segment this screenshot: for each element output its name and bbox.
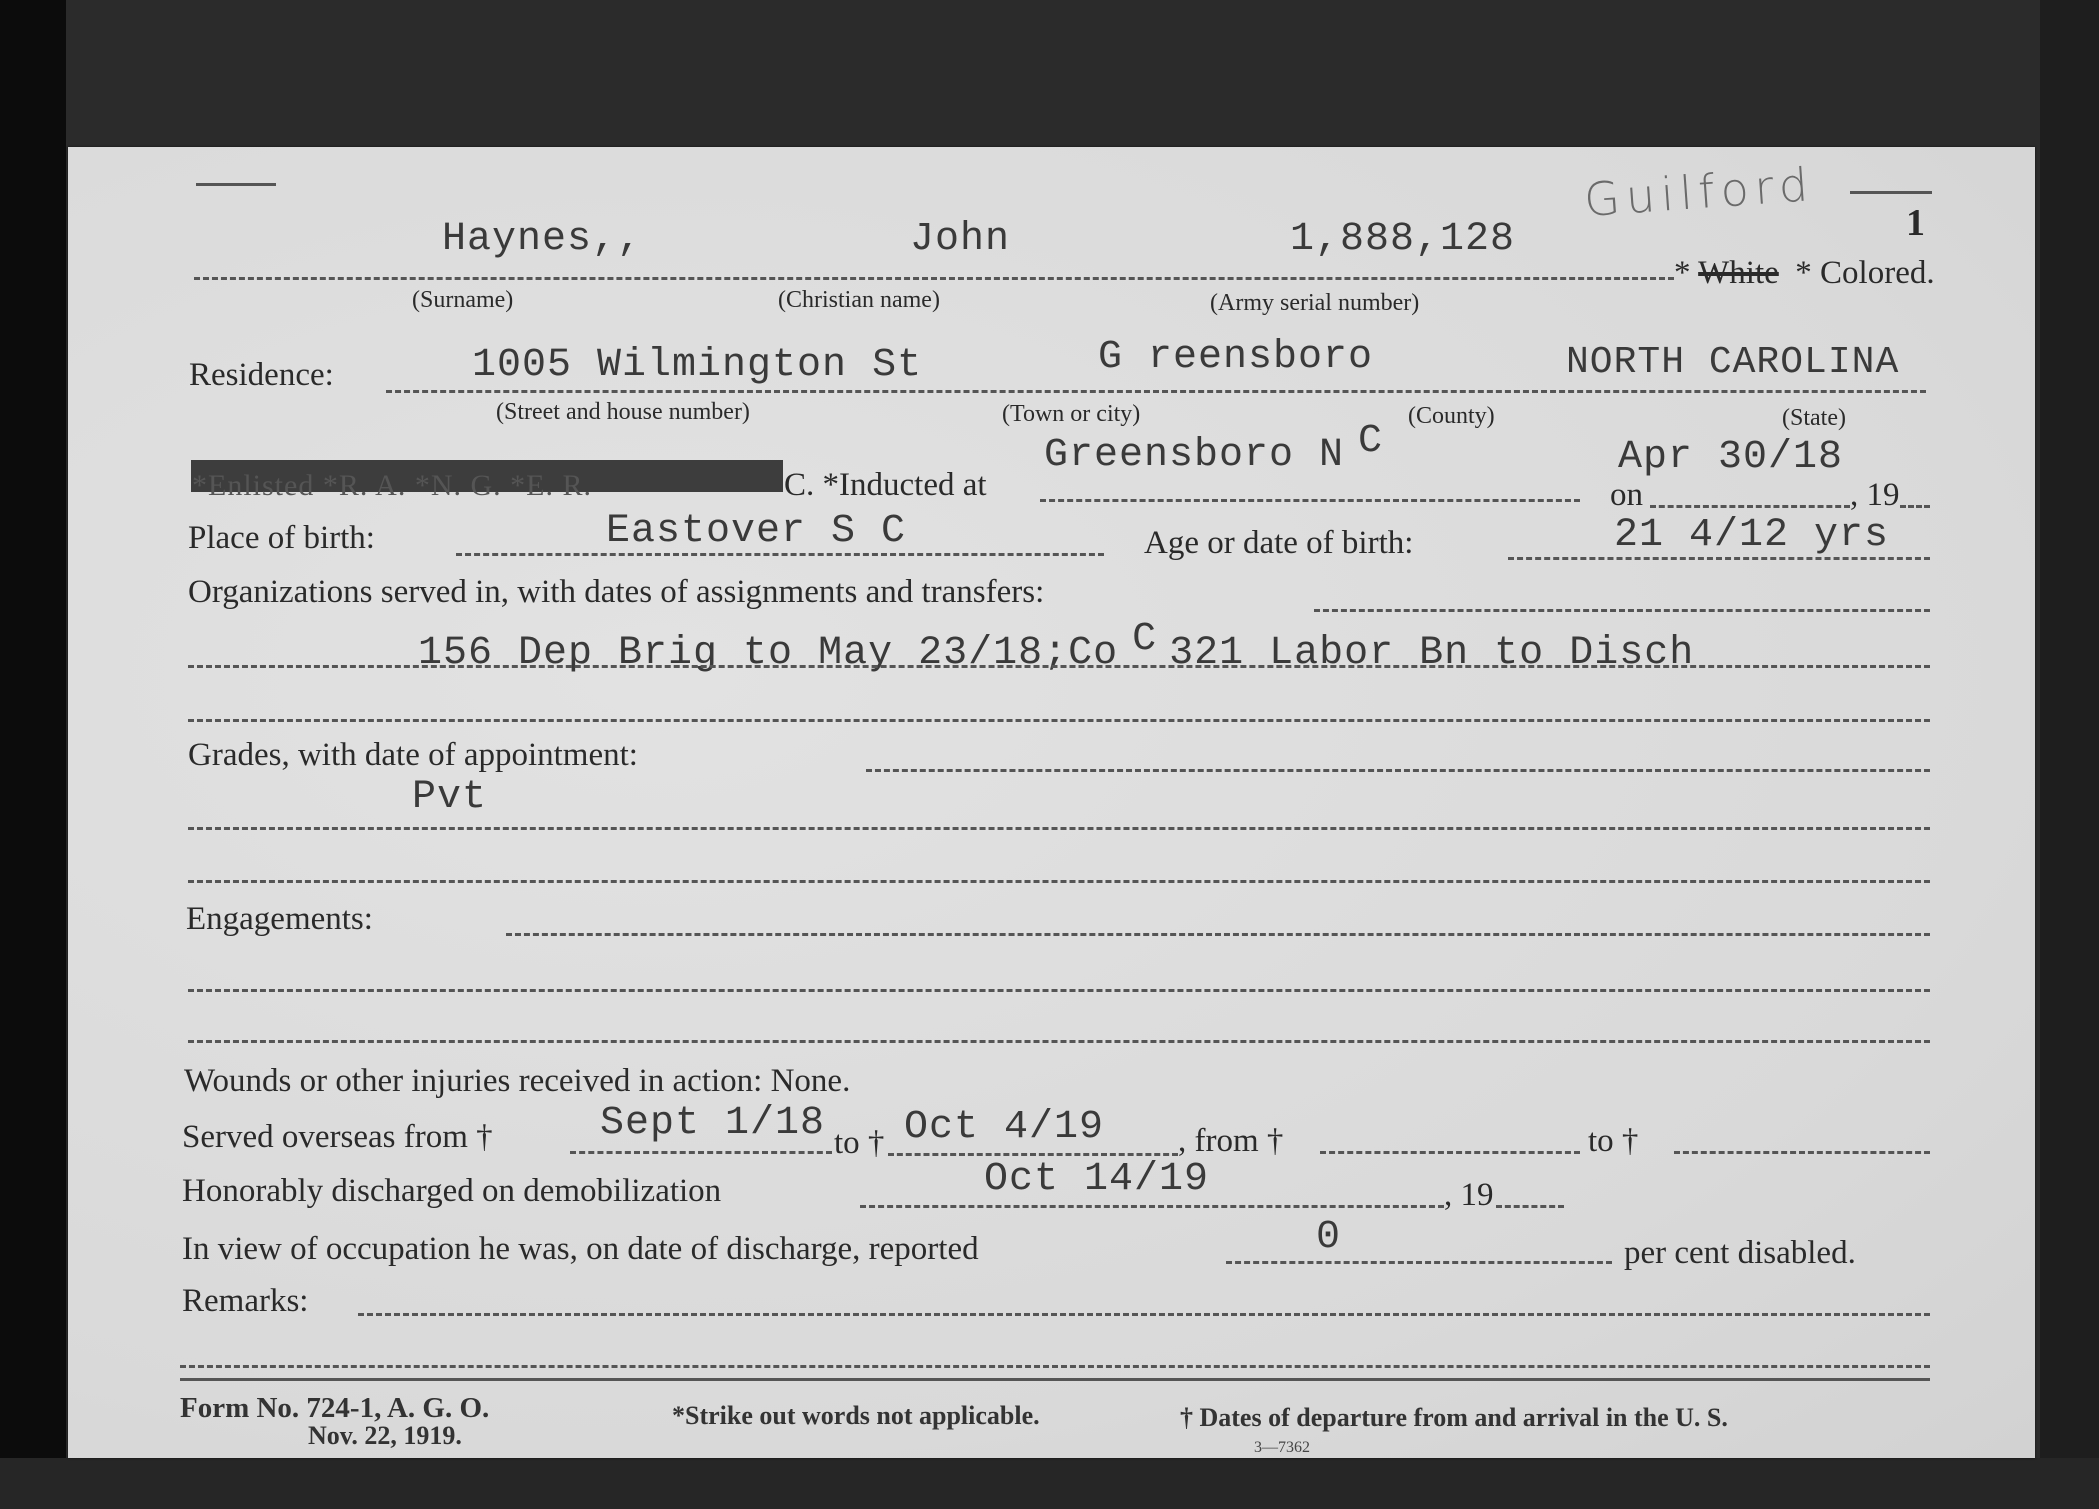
christian-name-value: John (910, 217, 1010, 262)
remarks-line-2 (180, 1365, 1930, 1368)
overseas-from2-line (1320, 1151, 1580, 1154)
overseas-from-label: Served overseas from † (182, 1119, 493, 1156)
scan-bottom-border (0, 1458, 2099, 1509)
asterisk-marker: * (1674, 255, 1691, 291)
on-label: on (1610, 477, 1643, 514)
disability-percent-value: 0 (1316, 1215, 1341, 1260)
name-line (194, 277, 1674, 280)
discharge-date-line (860, 1205, 1444, 1208)
engagements-label: Engagements: (186, 901, 373, 938)
army-serial-number-value: 1,888,128 (1290, 217, 1515, 262)
overseas-from-value: Sept 1/18 (600, 1101, 825, 1146)
scan-left-border (0, 0, 66, 1509)
place-of-birth-line (456, 553, 1104, 556)
discharge-label: Honorably discharged on demobilization (182, 1173, 721, 1210)
overseas-from-line (570, 1151, 832, 1154)
inducted-place-text: Greensboro N (1044, 433, 1344, 478)
disability-line (1226, 1261, 1612, 1264)
grades-label: Grades, with date of appointment: (188, 737, 638, 774)
surname-label: (Surname) (412, 287, 513, 314)
grades-line-1 (866, 769, 1930, 772)
grades-line-2 (188, 827, 1930, 830)
card-number: 1 (1906, 201, 1925, 245)
service-record-card: Guilford 1 Haynes,, John 1,888,128 * Whi… (68, 147, 2035, 1458)
overseas-from2-label: , from † (1178, 1123, 1283, 1160)
street-label: (Street and house number) (496, 399, 750, 426)
year-label: , 19 (1850, 477, 1900, 514)
dates-note: † Dates of departure from and arrival in… (1180, 1403, 1728, 1433)
inducted-at-line (1040, 499, 1580, 502)
organizations-entry: 156 Dep Brig to May 23/18;CoC321 Labor B… (418, 631, 1694, 676)
age-line (1508, 557, 1930, 560)
inducted-place-superscript: C (1358, 419, 1383, 464)
state-label: (State) (1782, 405, 1846, 432)
overseas-to-value: Oct 4/19 (904, 1105, 1104, 1150)
race-options: * White * Colored. (1674, 255, 1935, 292)
discharge-year-line (1496, 1205, 1564, 1208)
induction-date-value: Apr 30/18 (1618, 435, 1843, 480)
disability-label: In view of occupation he was, on date of… (182, 1231, 979, 1268)
residence-street-value: 1005 Wilmington St (472, 343, 922, 388)
redacted-enlisted-text: *Enlisted *R. A. *N. G. *E. R. (192, 469, 592, 503)
race-colored: Colored. (1820, 255, 1935, 291)
christian-name-label: (Christian name) (778, 287, 940, 314)
organizations-line-1 (1314, 609, 1930, 612)
inducted-place-value: Greensboro NC (1044, 433, 1383, 478)
residence-state-value: NORTH CAROLINA (1566, 341, 1899, 384)
discharge-date-value: Oct 14/19 (984, 1157, 1209, 1202)
scan-right-border (2040, 0, 2099, 1509)
engagements-line-1 (506, 933, 1930, 936)
form-date: Nov. 22, 1919. (308, 1421, 462, 1451)
place-of-birth-label: Place of birth: (188, 520, 375, 557)
place-of-birth-value: Eastover S C (606, 509, 906, 554)
age-value: 21 4/12 yrs (1614, 513, 1889, 558)
print-code: 3—7362 (1254, 1439, 1310, 1457)
organizations-label: Organizations served in, with dates of a… (188, 574, 1044, 611)
age-label: Age or date of birth: (1144, 525, 1413, 562)
top-left-rule (196, 183, 276, 186)
year-line (1900, 505, 1930, 508)
remarks-label: Remarks: (182, 1283, 308, 1320)
organizations-line-3 (188, 719, 1930, 722)
card-number-rule (1850, 191, 1932, 194)
army-serial-number-label: (Army serial number) (1210, 290, 1419, 317)
organizations-entry-part1: 156 Dep Brig to May 23/18;Co (418, 631, 1118, 676)
residence-label: Residence: (189, 357, 334, 394)
remarks-line-1 (358, 1313, 1930, 1316)
town-label: (Town or city) (1002, 401, 1140, 428)
engagements-line-3 (188, 1040, 1930, 1043)
county-label: (County) (1408, 403, 1495, 430)
organizations-entry-part2: 321 Labor Bn to Disch (1169, 631, 1694, 676)
overseas-to2-label: to † (1588, 1123, 1638, 1160)
inducted-at-label: C. *Inducted at (784, 467, 987, 504)
engagements-line-2 (188, 989, 1930, 992)
overseas-to-label: to † (834, 1125, 884, 1162)
footer-rule (180, 1378, 1930, 1381)
race-white-struck: White (1698, 255, 1779, 291)
surname-value: Haynes,, (442, 217, 642, 262)
overseas-to-line (888, 1153, 1178, 1156)
induction-date-line (1650, 505, 1850, 508)
asterisk-marker: * (1795, 255, 1812, 291)
discharge-year-label: , 19 (1444, 1177, 1494, 1214)
organizations-entry-superscript: C (1132, 617, 1157, 662)
county-handwritten-note: Guilford (1582, 157, 1815, 227)
organizations-line-2 (188, 665, 1930, 668)
grades-line-3 (188, 880, 1930, 883)
residence-line (386, 390, 1926, 393)
overseas-to2-line (1674, 1151, 1930, 1154)
residence-town-value: G reensboro (1098, 335, 1373, 380)
wounds-label: Wounds or other injuries received in act… (184, 1063, 850, 1100)
disability-suffix: per cent disabled. (1624, 1235, 1856, 1272)
grades-entry: Pvt (412, 775, 487, 820)
strike-out-note: *Strike out words not applicable. (672, 1401, 1040, 1431)
